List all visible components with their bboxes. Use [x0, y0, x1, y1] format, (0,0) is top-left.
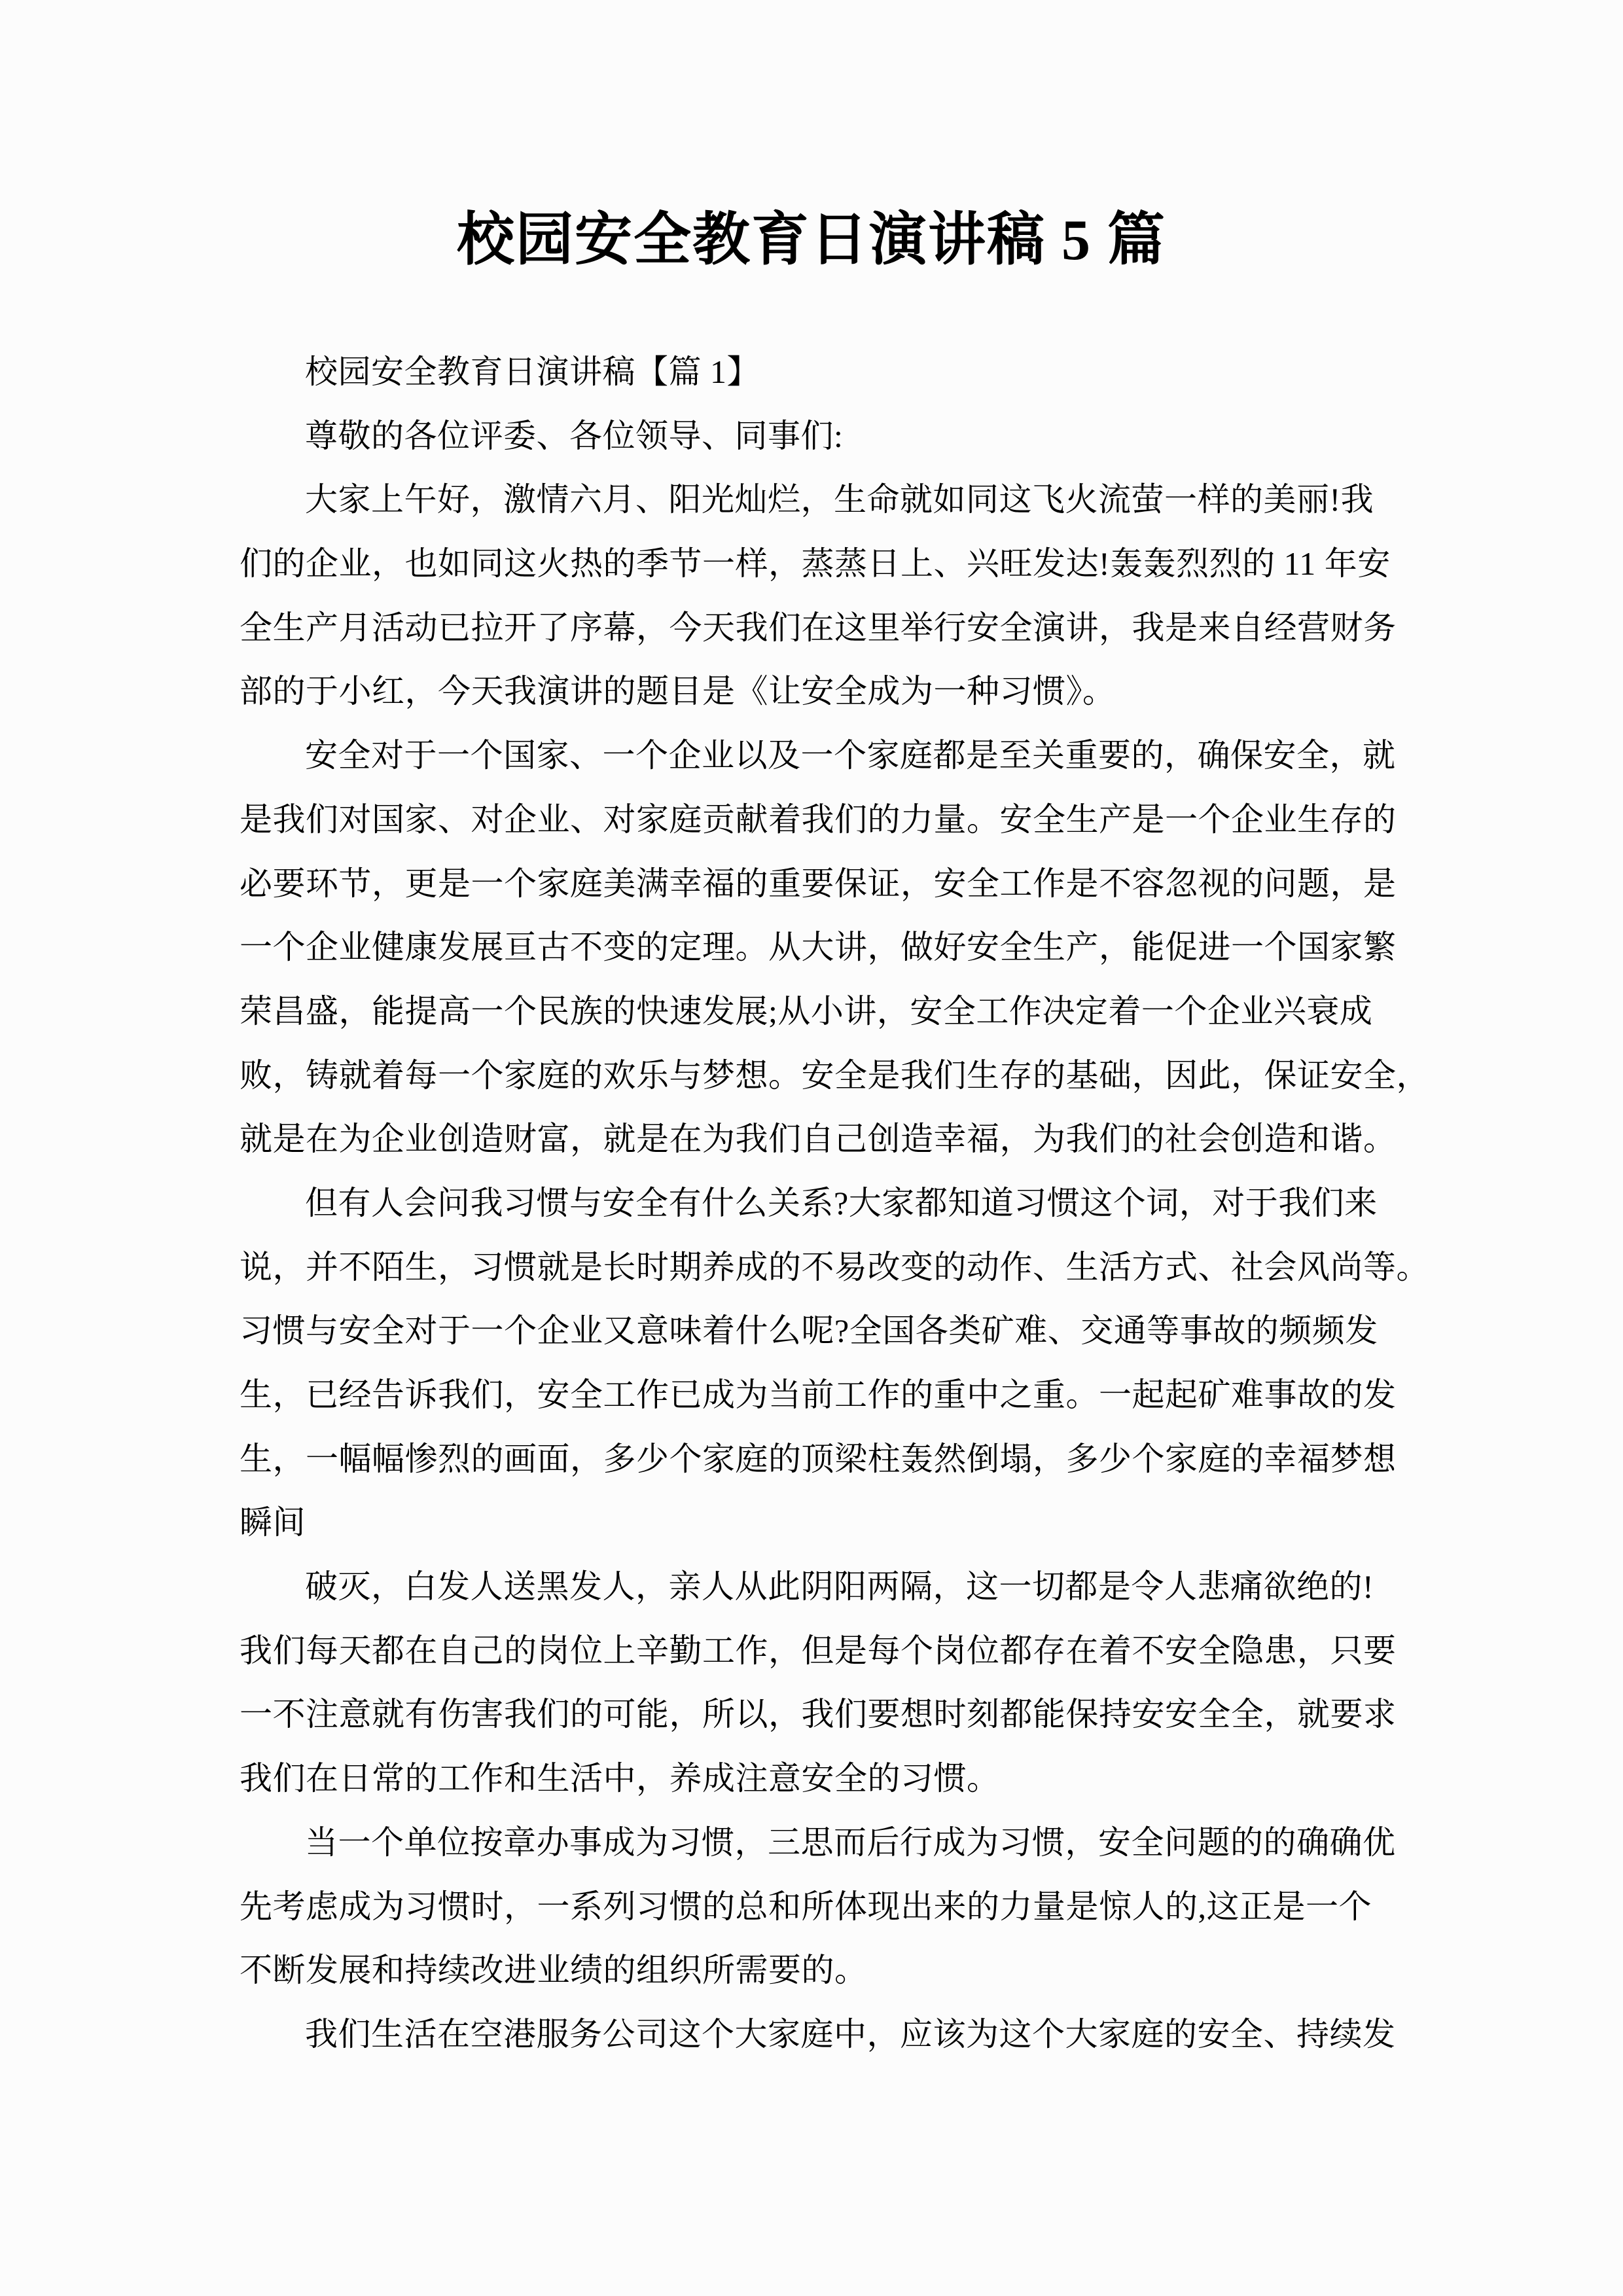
text-line: 不断发展和持续改进业绩的组织所需要的。 — [240, 1939, 1391, 2003]
text-line: 就是在为企业创造财富，就是在为我们自己创造幸福，为我们的社会创造和谐。 — [240, 1107, 1391, 1172]
text-line: 但有人会问我习惯与安全有什么关系?大家都知道习惯这个词，对于我们来 — [240, 1172, 1391, 1236]
text-line: 一不注意就有伤害我们的可能，所以，我们要想时刻都能保持安安全全，就要求 — [240, 1683, 1391, 1747]
text-line: 破灭，白发人送黑发人，亲人从此阴阳两隔，这一切都是令人悲痛欲绝的! — [240, 1555, 1391, 1619]
text-line: 生，已经告诉我们，安全工作已成为当前工作的重中之重。一起起矿难事故的发 — [240, 1363, 1391, 1427]
text-line: 荣昌盛，能提高一个民族的快速发展;从小讲，安全工作决定着一个企业兴衰成 — [240, 980, 1391, 1044]
text-line: 当一个单位按章办事成为习惯，三思而后行成为习惯，安全问题的的确确优 — [240, 1811, 1391, 1875]
text-line: 生，一幅幅惨烈的画面，多少个家庭的顶梁柱轰然倒塌，多少个家庭的幸福梦想 — [240, 1427, 1391, 1492]
text-line: 安全对于一个国家、一个企业以及一个家庭都是至关重要的，确保安全，就 — [240, 724, 1391, 788]
document-title: 校园安全教育日演讲稿 5 篇 — [0, 194, 1623, 276]
text-line: 先考虑成为习惯时，一系列习惯的总和所体现出来的力量是惊人的,这正是一个 — [240, 1875, 1391, 1939]
text-line: 习惯与安全对于一个企业又意味着什么呢?全国各类矿难、交通等事故的频频发 — [240, 1299, 1391, 1363]
text-line: 败，铸就着每一个家庭的欢乐与梦想。安全是我们生存的基础，因此，保证安全， — [240, 1044, 1391, 1108]
text-line: 们的企业，也如同这火热的季节一样，蒸蒸日上、兴旺发达!轰轰烈烈的 11 年安 — [240, 532, 1391, 596]
document-body: 校园安全教育日演讲稿【篇 1】尊敬的各位评委、各位领导、同事们:大家上午好，激情… — [240, 340, 1391, 2067]
text-line: 必要环节，更是一个家庭美满幸福的重要保证，安全工作是不容忽视的问题，是 — [240, 852, 1391, 916]
document-page: 校园安全教育日演讲稿 5 篇 校园安全教育日演讲稿【篇 1】尊敬的各位评委、各位… — [0, 0, 1623, 2296]
text-line: 我们生活在空港服务公司这个大家庭中，应该为这个大家庭的安全、持续发 — [240, 2003, 1391, 2067]
text-line: 部的于小红，今天我演讲的题目是《让安全成为一种习惯》。 — [240, 660, 1391, 724]
text-line: 瞬间 — [240, 1491, 1391, 1555]
text-line: 是我们对国家、对企业、对家庭贡献着我们的力量。安全生产是一个企业生存的 — [240, 788, 1391, 852]
text-line: 尊敬的各位评委、各位领导、同事们: — [240, 404, 1391, 469]
text-line: 大家上午好，激情六月、阳光灿烂，生命就如同这飞火流萤一样的美丽!我 — [240, 468, 1391, 532]
text-line: 一个企业健康发展亘古不变的定理。从大讲，做好安全生产，能促进一个国家繁 — [240, 916, 1391, 980]
text-line: 校园安全教育日演讲稿【篇 1】 — [240, 340, 1391, 404]
text-line: 我们在日常的工作和生活中，养成注意安全的习惯。 — [240, 1747, 1391, 1811]
text-line: 说，并不陌生，习惯就是长时期养成的不易改变的动作、生活方式、社会风尚等。 — [240, 1236, 1391, 1300]
text-line: 我们每天都在自己的岗位上辛勤工作，但是每个岗位都存在着不安全隐患，只要 — [240, 1619, 1391, 1683]
text-line: 全生产月活动已拉开了序幕，今天我们在这里举行安全演讲，我是来自经营财务 — [240, 596, 1391, 660]
